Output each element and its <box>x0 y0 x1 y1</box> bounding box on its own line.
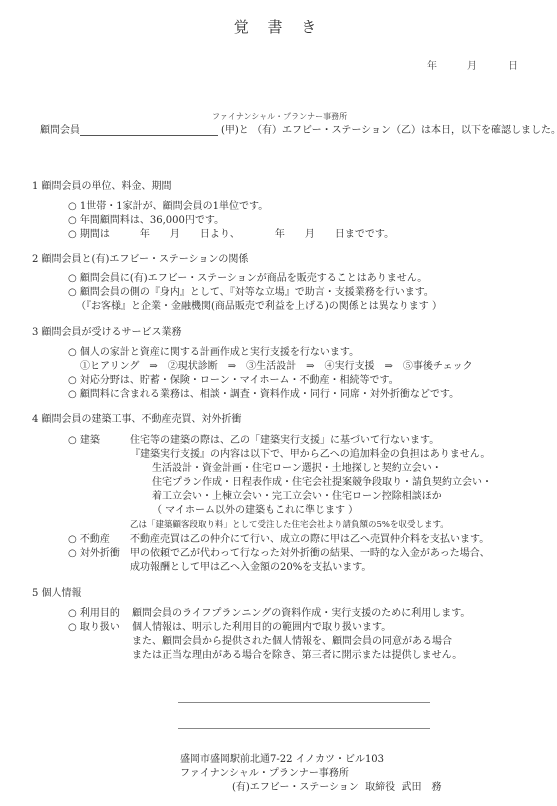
section-4-realestate-line-1: 不動産売買は乙の仲介にて行い、成立の際に甲は乙へ売買仲介料を支払います。 <box>130 535 489 545</box>
section-5-handling-line-2: また、顧問会員から提供された個人情報を、顧問会員の同意がある場合 <box>132 637 452 647</box>
section-5-purpose-label: ○ 利用目的 <box>68 609 120 619</box>
section-4-negotiation-line-2: 成功報酬として甲は乙へ入金額の20%を支払います。 <box>130 563 371 573</box>
section-4-negotiation-label: ○ 対外折衝 <box>68 549 120 559</box>
section-5-purpose-line-1: 顧問会員のライフプランニングの資料作成・実行支援のために利用します。 <box>132 609 470 619</box>
section-4-construction-line-5: 着工立会い・上棟立会い・完工立会い・住宅ローン控除相談ほか <box>152 492 442 502</box>
section-4-construction-line-4: 住宅プラン作成・日程表作成・住宅会社提案競争段取り・請負契約立会い・ <box>152 478 492 488</box>
section-4-construction-line-6: （ マイホーム以外の建築もこれに準じます ） <box>152 506 358 516</box>
section-1-title: 1 顧問会員の単位、料金、期間 <box>32 182 172 192</box>
footer-name: 武田 務 <box>402 782 442 793</box>
section-4-construction-line-2: 『建築実行支援』の内容は以下で、甲から乙への追加料金の負担はありません。 <box>130 450 490 460</box>
section-3-process-steps: ①ヒアリング ⇒ ②現状診断 ⇒ ③生活設計 ⇒ ④実行支援 ⇒ ⑤事後チェック <box>80 362 473 372</box>
section-4-title: 4 顧問会員の建築工事、不動産売買、対外折衝 <box>32 415 242 425</box>
section-5-handling-line-3: または正当な理由がある場合を除き、第三者に開示または提供しません。 <box>132 651 462 661</box>
section-5-handling-label: ○ 取り扱い <box>68 623 120 633</box>
intro-suffix: (甲)と （有）エフビー・ステーション（乙）は本日，以下を確認しました。 <box>221 125 557 136</box>
section-1-item-2: ○ 年間顧問料は、36,000円です。 <box>68 216 224 226</box>
member-name-blank <box>80 126 218 136</box>
section-5-title: 5 個人情報 <box>32 589 82 599</box>
office-subheading: ファイナンシャル・プランナー事務所 <box>212 113 347 121</box>
date-day-label: 日 <box>508 62 518 72</box>
section-3-title: 3 顧問会員が受けるサービス業務 <box>32 328 182 338</box>
section-3-item-3: ○ 顧問料に含まれる業務は、相談・調査・資料作成・同行・同席・対外折衝などです。 <box>68 390 459 400</box>
section-5-handling-line-1: 個人情報は、明示した利用目的の範囲内で取り扱います。 <box>132 623 391 633</box>
signature-line-1 <box>178 702 430 703</box>
section-4-construction-line-1: 住宅等の建築の際は、乙の「建築実行支援」に基づいて行ないます。 <box>130 436 439 446</box>
document-title: 覚 書 き <box>0 20 557 35</box>
section-4-realestate-label: ○ 不動産 <box>68 535 110 545</box>
footer-signatory: (有)エフビー・ステーション 取締役 武田 務 <box>232 783 442 793</box>
section-2-item-note: （『お客様』と企業・金融機関(商品販売で利益を上げる)の関係とは異なります ） <box>76 302 442 312</box>
intro-statement: 顧問会員(甲)と （有）エフビー・ステーション（乙）は本日，以下を確認しました。 <box>40 126 557 136</box>
intro-prefix: 顧問会員 <box>40 125 80 136</box>
footer-address: 盛岡市盛岡駅前北通7-22 イノカツ・ビル103 <box>180 755 384 765</box>
section-4-construction-line-3: 生活設計・資金計画・住宅ローン選択・土地探しと契約立会い・ <box>152 464 442 474</box>
section-4-construction-label: ○ 建築 <box>68 436 100 446</box>
footer-office: ファイナンシャル・プランナー事務所 <box>180 769 349 779</box>
date-year-label: 年 <box>427 62 437 72</box>
section-4-construction-line-7: 乙は「建築顧客段取り料」として受注した住宅会社より請負額の5%を収受します。 <box>130 521 449 530</box>
section-1-item-1: ○ 1世帯・1家計が、顧問会員の1単位です。 <box>68 202 268 212</box>
signature-line-2 <box>178 728 430 729</box>
date-month-label: 月 <box>467 62 477 72</box>
section-3-item-1: ○ 個人の家計と資産に関する計画作成と実行支援を行ないます。 <box>68 348 359 358</box>
section-1-item-3: ○ 期間は 年 月 日より、 年 月 日までです。 <box>68 230 394 240</box>
footer-company: (有)エフビー・ステーション <box>232 782 359 793</box>
section-2-title: 2 顧問会員と(有)エフビー・ステーションの関係 <box>32 255 248 265</box>
section-3-item-2: ○ 対応分野は、貯蓄・保険・ローン・マイホーム・不動産・相続等です。 <box>68 376 399 386</box>
section-2-item-1: ○ 顧問会員に(有)エフビー・ステーションが商品を販売することはありません。 <box>68 274 427 284</box>
footer-role: 取締役 <box>365 782 395 793</box>
section-2-item-2: ○ 顧問会員の側の『身内』として、『対等な立場』で助言・支援業務を行います。 <box>68 288 434 298</box>
section-4-negotiation-line-1: 甲の依頼で乙が代わって行なった対外折衝の結果、一時的な入金があった場合、 <box>130 549 490 559</box>
